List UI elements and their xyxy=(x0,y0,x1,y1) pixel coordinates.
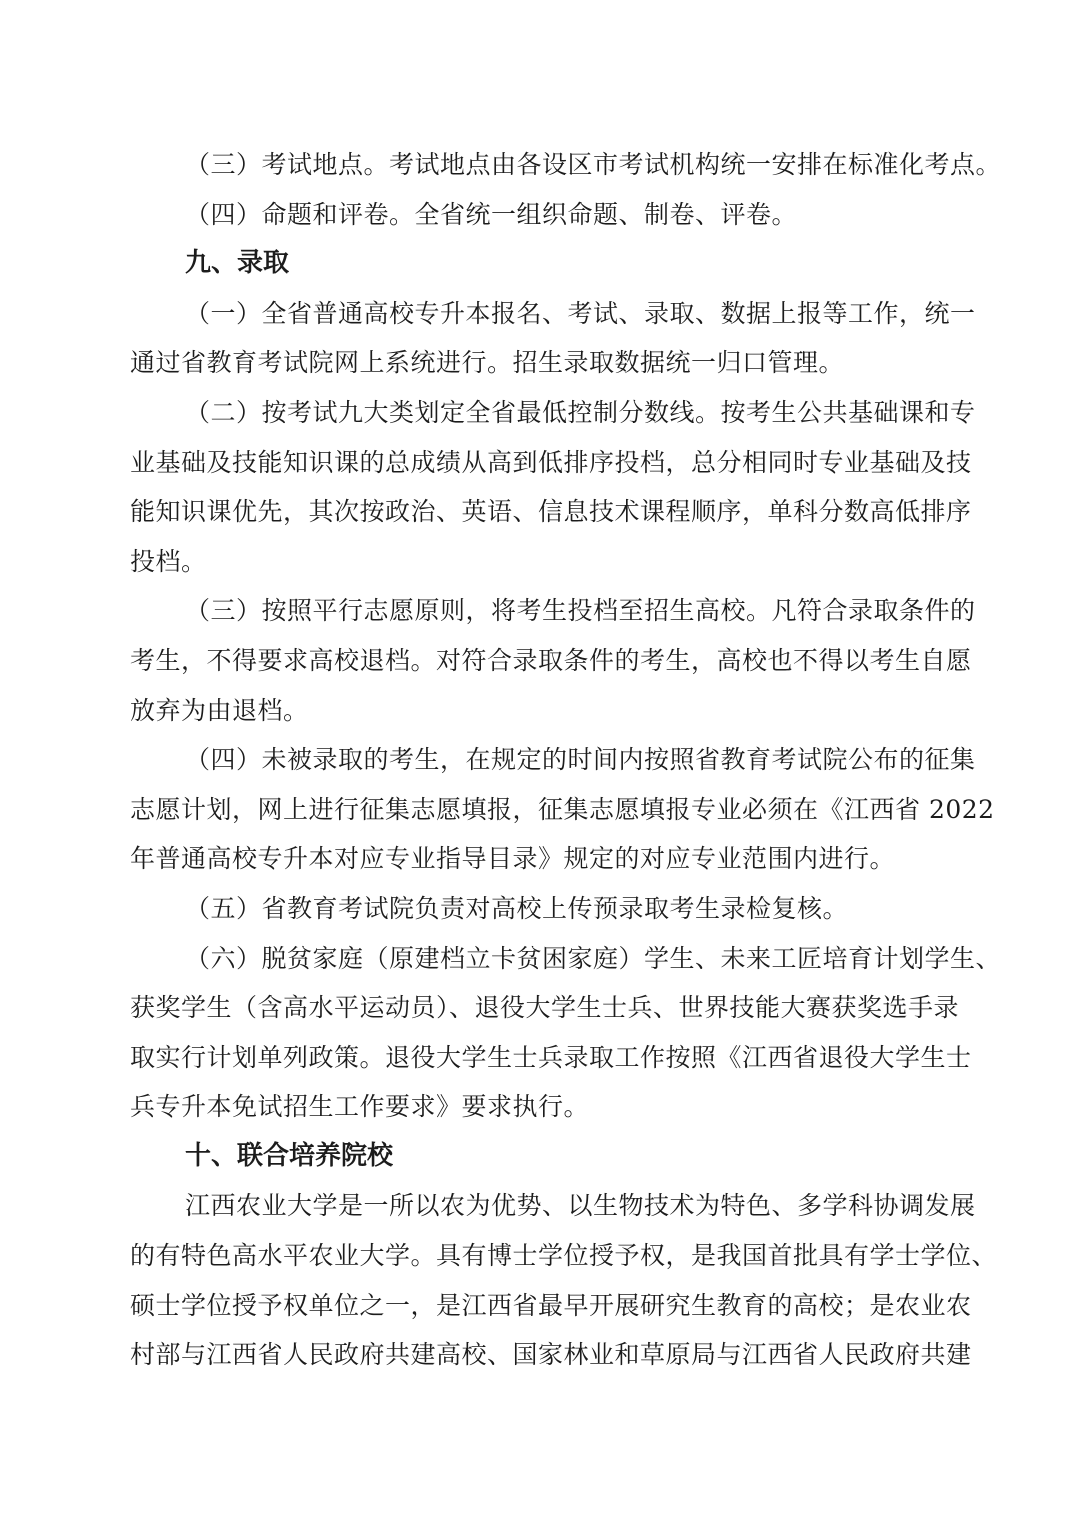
text-line: （六）脱贫家庭（原建档立卡贫困家庭）学生、未来工匠培育计划学生、 xyxy=(130,934,956,984)
section-heading-partner-school: 十、联合培养院校 xyxy=(130,1132,956,1182)
text-line: （一）全省普通高校专升本报名、考试、录取、数据上报等工作，统一 xyxy=(130,289,956,339)
text-line: 江西农业大学是一所以农为优势、以生物技术为特色、多学科协调发展 xyxy=(130,1181,956,1231)
text-line: （五）省教育考试院负责对高校上传预录取考生录检复核。 xyxy=(130,884,956,934)
text-line: （四）命题和评卷。全省统一组织命题、制卷、评卷。 xyxy=(130,190,956,240)
text-line: 的有特色高水平农业大学。具有博士学位授予权，是我国首批具有学士学位、 xyxy=(130,1231,956,1281)
paragraph-admission-4: （四）未被录取的考生，在规定的时间内按照省教育考试院公布的征集 志愿计划，网上进… xyxy=(130,735,956,884)
text-line: 投档。 xyxy=(130,537,956,587)
paragraph-exam-grading: （四）命题和评卷。全省统一组织命题、制卷、评卷。 xyxy=(130,190,956,240)
paragraph-admission-1: （一）全省普通高校专升本报名、考试、录取、数据上报等工作，统一 通过省教育考试院… xyxy=(130,289,956,388)
paragraph-admission-2: （二）按考试九大类划定全省最低控制分数线。按考生公共基础课和专 业基础及技能知识… xyxy=(130,388,956,586)
text-line: 通过省教育考试院网上系统进行。招生录取数据统一归口管理。 xyxy=(130,338,956,388)
text-line: 志愿计划，网上进行征集志愿填报，征集志愿填报专业必须在《江西省 2022 xyxy=(130,785,956,835)
paragraph-exam-location: （三）考试地点。考试地点由各设区市考试机构统一安排在标准化考点。 xyxy=(130,140,956,190)
text-line: 放弃为由退档。 xyxy=(130,686,956,736)
heading-text: 九、录取 xyxy=(185,248,289,278)
text-line: 业基础及技能知识课的总成绩从高到低排序投档，总分相同时专业基础及技 xyxy=(130,438,956,488)
document-page: （三）考试地点。考试地点由各设区市考试机构统一安排在标准化考点。 （四）命题和评… xyxy=(130,140,956,1380)
paragraph-admission-6: （六）脱贫家庭（原建档立卡贫困家庭）学生、未来工匠培育计划学生、 获奖学生（含高… xyxy=(130,934,956,1132)
text-line: （三）考试地点。考试地点由各设区市考试机构统一安排在标准化考点。 xyxy=(130,140,956,190)
text-line: 取实行计划单列政策。退役大学生士兵录取工作按照《江西省退役大学生士 xyxy=(130,1033,956,1083)
section-heading-admission: 九、录取 xyxy=(130,239,956,289)
heading-text: 十、联合培养院校 xyxy=(185,1141,393,1171)
paragraph-admission-5: （五）省教育考试院负责对高校上传预录取考生录检复核。 xyxy=(130,884,956,934)
text-line: 硕士学位授予权单位之一，是江西省最早开展研究生教育的高校；是农业农 xyxy=(130,1281,956,1331)
paragraph-admission-3: （三）按照平行志愿原则，将考生投档至招生高校。凡符合录取条件的 考生，不得要求高… xyxy=(130,586,956,735)
text-line: 年普通高校专升本对应专业指导目录》规定的对应专业范围内进行。 xyxy=(130,834,956,884)
text-line: 能知识课优先，其次按政治、英语、信息技术课程顺序，单科分数高低排序 xyxy=(130,487,956,537)
text-line: 考生，不得要求高校退档。对符合录取条件的考生，高校也不得以考生自愿 xyxy=(130,636,956,686)
text-line: 获奖学生（含高水平运动员）、退役大学生士兵、世界技能大赛获奖选手录 xyxy=(130,983,956,1033)
text-line: （四）未被录取的考生，在规定的时间内按照省教育考试院公布的征集 xyxy=(130,735,956,785)
paragraph-university-intro: 江西农业大学是一所以农为优势、以生物技术为特色、多学科协调发展 的有特色高水平农… xyxy=(130,1181,956,1379)
text-line: （三）按照平行志愿原则，将考生投档至招生高校。凡符合录取条件的 xyxy=(130,586,956,636)
text-line: （二）按考试九大类划定全省最低控制分数线。按考生公共基础课和专 xyxy=(130,388,956,438)
text-line: 村部与江西省人民政府共建高校、国家林业和草原局与江西省人民政府共建 xyxy=(130,1330,956,1380)
text-line: 兵专升本免试招生工作要求》要求执行。 xyxy=(130,1082,956,1132)
